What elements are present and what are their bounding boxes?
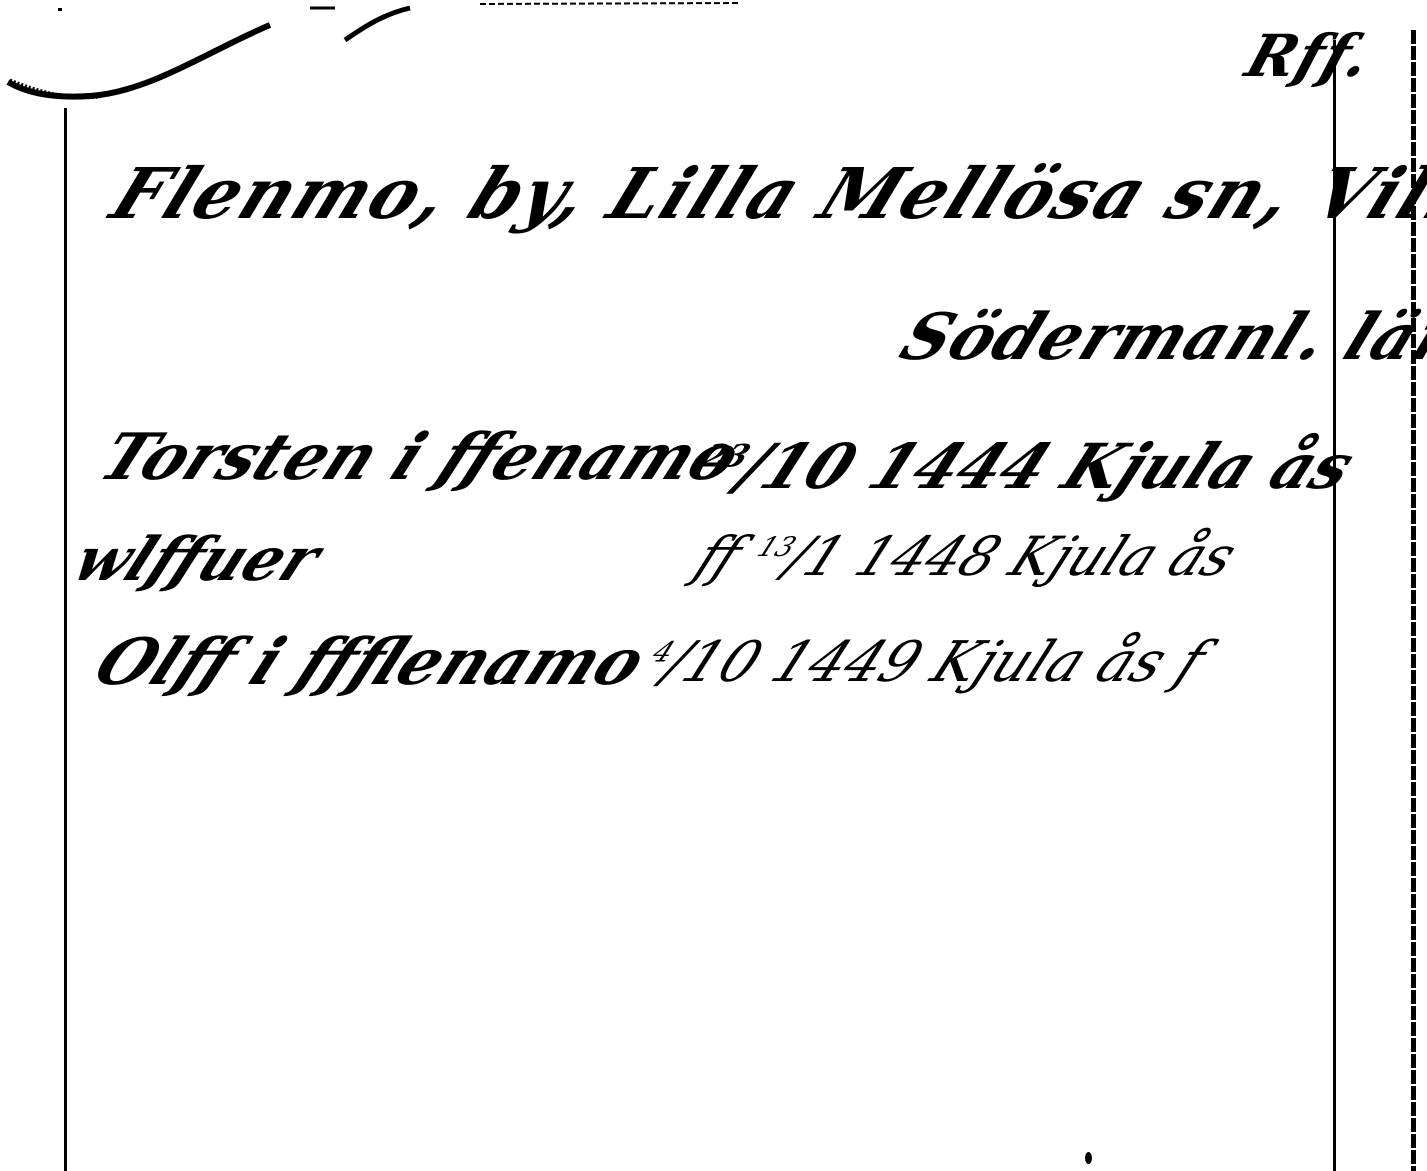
entry-2-location: Kjula ås <box>1000 525 1246 588</box>
entry-3-name-place: Olff i ffflenamo <box>83 625 657 700</box>
entry-2-name: wlffuer <box>62 525 331 595</box>
ink-spot <box>1085 1152 1092 1164</box>
entry-3-place: i ffflenamo <box>239 625 658 700</box>
place-heading: Flenmo, by, Lilla Mellösa sn, Villåtting… <box>100 152 1427 235</box>
reference-code: Rff. <box>1238 22 1380 90</box>
entry-1-location: Kjula ås <box>1052 430 1366 503</box>
entry-1-name-place: Torsten i ffenamo <box>88 420 752 495</box>
entry-3-name: Olff <box>83 625 249 700</box>
left-margin-line <box>64 108 67 1171</box>
entry-3-date: /10 1449 <box>653 630 932 695</box>
county-label: Södermanl. län <box>890 300 1427 375</box>
entry-2-date-location: ff 13/1 1448 Kjula ås <box>686 525 1247 588</box>
entry-3-date-location: 4/10 1449 Kjula ås f <box>636 630 1216 695</box>
entry-1-date: /10 1444 <box>727 430 1063 503</box>
entry-1-date-location: 23/10 1444 Kjula ås <box>684 430 1366 503</box>
entry-2-date-prefix: ff <box>686 525 752 588</box>
entry-2-date: /1 1448 <box>776 525 1011 588</box>
entry-3-location: Kjula ås f <box>922 630 1216 695</box>
curled-corner-shape <box>0 0 760 130</box>
entry-1-name: Torsten <box>88 420 391 495</box>
index-card: Rff. Flenmo, by, Lilla Mellösa sn, Villå… <box>0 0 1427 1171</box>
